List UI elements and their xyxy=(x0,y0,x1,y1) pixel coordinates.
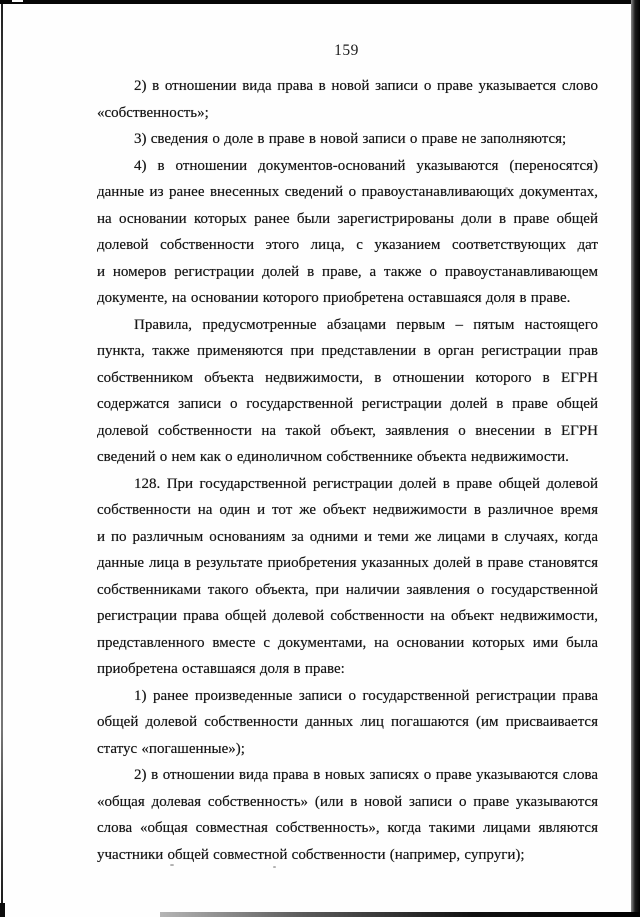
text-line: слова «общая совместная собственность», … xyxy=(97,815,598,842)
scan-border-top-notch xyxy=(12,0,23,2)
text-line: представленного вместе с документами, на… xyxy=(97,630,598,657)
text-line: общей долевой собственности данных лиц п… xyxy=(97,709,598,736)
scan-speck xyxy=(505,187,508,189)
scan-speck xyxy=(273,866,276,868)
scan-corner-mark xyxy=(0,903,5,917)
text-line: и по различным основаниям за одними и те… xyxy=(97,524,598,551)
text-line: статус «погашенные»); xyxy=(97,736,598,763)
text-line: документе, на основании которого приобре… xyxy=(97,285,598,312)
text-line: 4) в отношении документов-оснований указ… xyxy=(97,153,598,180)
document-page: 159 2) в отношении вида права в новой за… xyxy=(0,0,640,917)
text-line: приобретена оставшаяся доля в праве: xyxy=(97,656,598,683)
scan-border-left xyxy=(1,4,3,912)
scan-border-bottom xyxy=(160,912,640,917)
text-line: пункта, также применяются при представле… xyxy=(97,338,598,365)
text-line: «общая долевая собственность» (или в нов… xyxy=(97,789,598,816)
text-line: регистрации права общей долевой собствен… xyxy=(97,603,598,630)
text-line: долевой собственности на такой объект, з… xyxy=(97,418,598,445)
text-line: 128. При государственной регистрации дол… xyxy=(97,471,598,498)
text-line: и номеров регистрации долей в праве, а т… xyxy=(97,259,598,286)
scan-border-right xyxy=(631,0,640,917)
text-line: 2) в отношении вида права в новой записи… xyxy=(97,73,598,100)
text-line: Правила, предусмотренные абзацами первым… xyxy=(97,312,598,339)
text-line: 1) ранее произведенные записи о государс… xyxy=(97,683,598,710)
text-line: собственниками такого объекта, при налич… xyxy=(97,577,598,604)
text-line: данные из ранее внесенных сведений о пра… xyxy=(97,179,598,206)
text-line: сведений о нем как о единоличном собстве… xyxy=(97,444,598,471)
page-number: 159 xyxy=(95,42,598,60)
text-line: долевой собственности этого лица, с указ… xyxy=(97,232,598,259)
text-line: собственником объекта недвижимости, в от… xyxy=(97,365,598,392)
text-line: 3) сведения о доле в праве в новой запис… xyxy=(97,126,598,153)
text-line: данные лица в результате приобретения ук… xyxy=(97,550,598,577)
document-body: 2) в отношении вида права в новой записи… xyxy=(97,73,598,868)
text-line: «собственность»; xyxy=(97,100,598,127)
text-line: собственности на один и тот же объект не… xyxy=(97,497,598,524)
scan-speck xyxy=(170,864,174,866)
text-line: содержатся записи о государственной реги… xyxy=(97,391,598,418)
text-line: на основании которых ранее были зарегист… xyxy=(97,206,598,233)
scan-border-top xyxy=(0,0,640,4)
text-line: 2) в отношении вида права в новых запися… xyxy=(97,762,598,789)
